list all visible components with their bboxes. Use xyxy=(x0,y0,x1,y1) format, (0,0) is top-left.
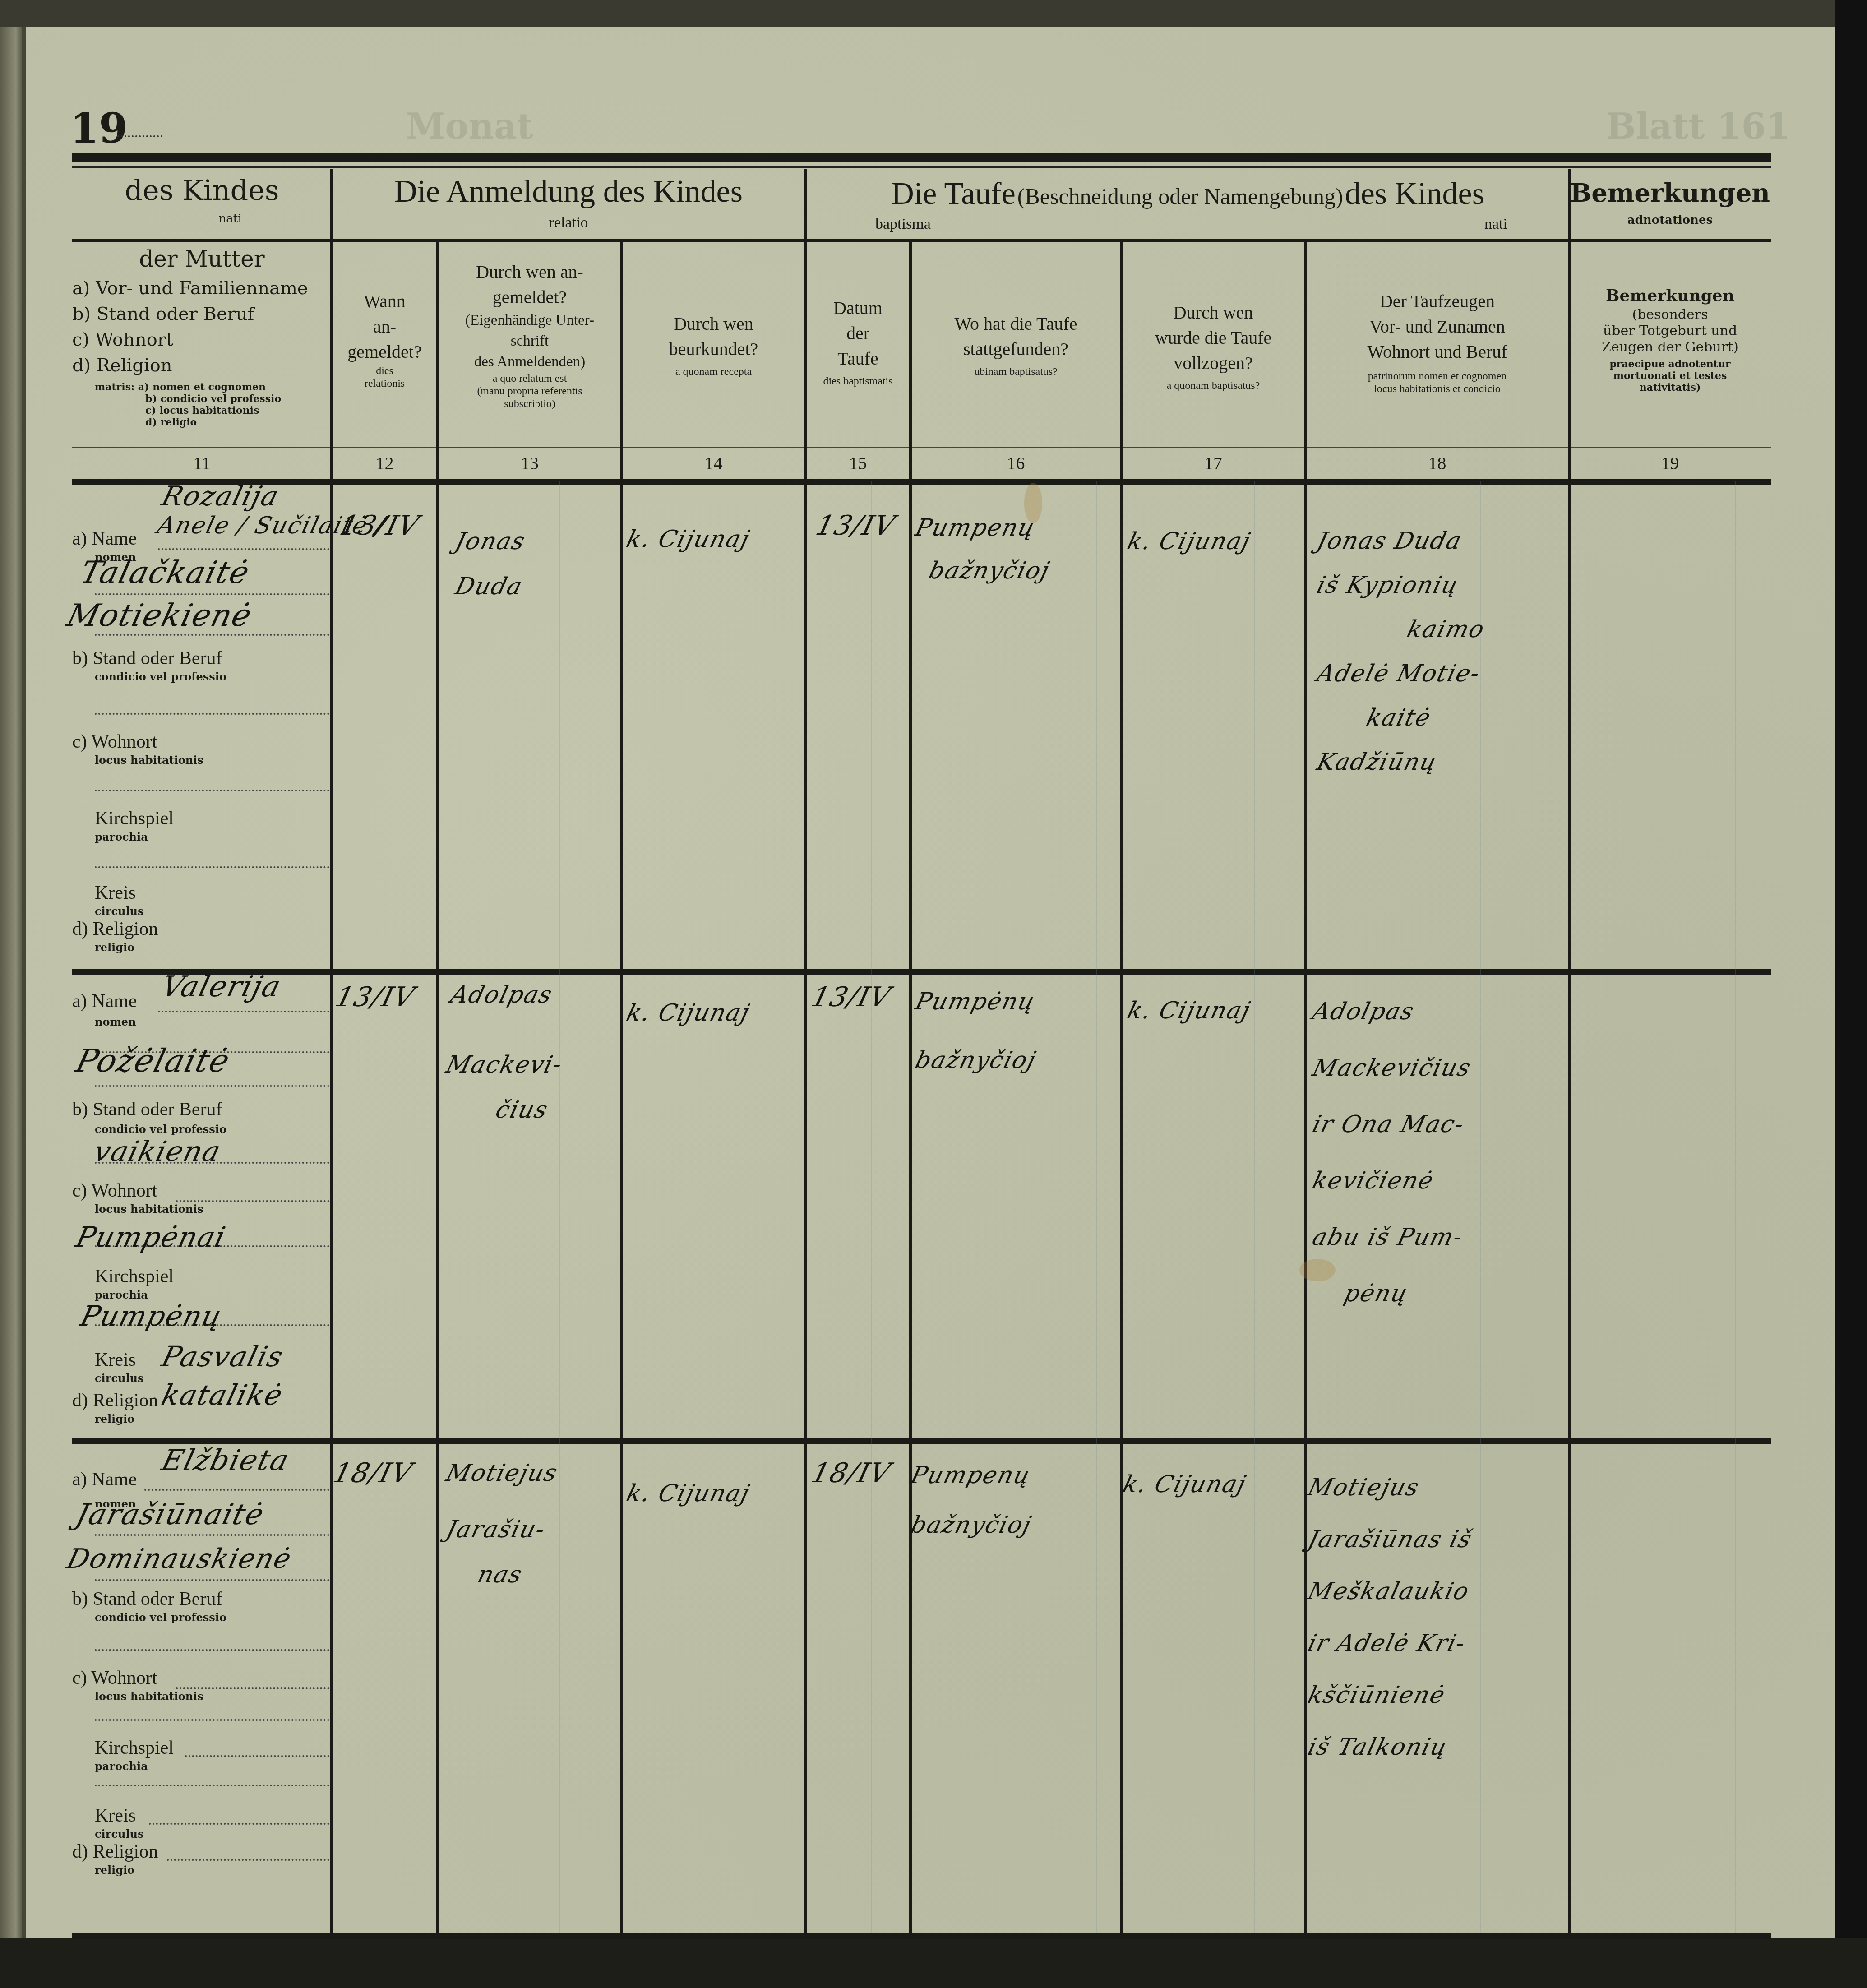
page-number-dots xyxy=(117,135,162,137)
mother-surname: Požėlaitė xyxy=(72,1042,234,1079)
godparents-line-6: iš Talkonių xyxy=(1302,1721,1577,1773)
table-bottom-rule xyxy=(72,1933,1771,1939)
col-line-13-14 xyxy=(620,241,623,1936)
col-12-latin-1: dies xyxy=(332,365,438,377)
registered-by-line-1: Jonas xyxy=(453,528,528,555)
dots xyxy=(95,1085,329,1087)
baptized-by: k. Cijunaj xyxy=(1125,528,1254,555)
label-wohnort-latin: locus habitationis xyxy=(95,1202,203,1216)
guide-line xyxy=(1096,481,1097,1936)
col-11-latin-a: matris: a) nomen et cognomen xyxy=(72,381,332,393)
label-religion-latin: religio xyxy=(95,941,134,954)
number-row-top-line xyxy=(72,447,1771,448)
godparents-line-6: pėnų xyxy=(1306,1266,1572,1322)
label-kirchspiel: Kirchspiel xyxy=(95,1266,174,1287)
col-num-14: 14 xyxy=(622,453,805,474)
col-num-12: 12 xyxy=(332,453,438,474)
record-1-mother: a) Name nomen b) Stand oder Beruf condic… xyxy=(72,485,329,968)
col-line-15-16 xyxy=(909,241,912,1936)
col-12-header: Wann an- gemeldet? dies relationis xyxy=(332,289,438,390)
col-12-latin-2: relationis xyxy=(332,377,438,390)
page-top-edge xyxy=(0,0,1867,27)
page-right-edge xyxy=(1835,0,1867,1988)
godparents-line-1: Adolpas xyxy=(1306,984,1572,1040)
col-line-16-17 xyxy=(1120,241,1123,1936)
col-15-latin-1: dies baptismatis xyxy=(805,375,910,388)
col-13-title-1: Durch wen an- xyxy=(438,259,622,285)
ghost-monat: Monat xyxy=(406,106,533,147)
guide-line xyxy=(1254,481,1255,1936)
col-14-header: Durch wen beurkundet? a quonam recepta xyxy=(622,311,805,378)
label-stand-latin: condicio vel professio xyxy=(95,1123,226,1136)
label-kirchspiel-latin: parochia xyxy=(95,830,148,843)
mother-religion: katalikė xyxy=(158,1378,287,1411)
record-3-godparents: Motiejus Jarašiūnas iš Meškalaukio ir Ad… xyxy=(1308,1462,1570,1773)
label-religion: d) Religion xyxy=(72,1841,158,1863)
dots xyxy=(158,548,329,550)
mother-maiden-name: Jarašiūnaitė xyxy=(73,1498,268,1531)
recorded-by: k. Cijunaj xyxy=(624,999,753,1026)
col-num-15: 15 xyxy=(805,453,910,474)
col-15-title-1: Datum xyxy=(805,296,910,321)
record-2-mother: a) Name nomen b) Stand oder Beruf condic… xyxy=(72,975,329,1439)
col-19-title-3: über Totgeburt und xyxy=(1569,323,1771,339)
godparents-line-3: Meškalaukio xyxy=(1302,1566,1577,1618)
label-kirchspiel: Kirchspiel xyxy=(95,1737,174,1759)
col-15-header: Datum der Taufe dies baptismatis xyxy=(805,296,910,388)
baptism-title-end: des Kindes xyxy=(1345,176,1484,211)
col-19-title-2: (besonders xyxy=(1569,307,1771,323)
col-19-title-1: Bemerkungen xyxy=(1569,284,1771,307)
col-num-17: 17 xyxy=(1121,453,1305,474)
registered-on: 13/IV xyxy=(337,510,423,541)
dots xyxy=(95,1579,329,1581)
group-registration-title: Die Anmeldung des Kindes xyxy=(332,174,805,210)
col-18-header: Der Taufzeugen Vor- und Zunamen Wohnort … xyxy=(1305,289,1569,395)
registered-on: 18/IV xyxy=(330,1457,416,1489)
col-11-latin-b: b) condicio vel professio xyxy=(72,393,332,405)
header-divider xyxy=(72,239,1771,242)
col-13-latin-1: a quo relatum est xyxy=(438,372,622,385)
registered-by-line-3: čius xyxy=(493,1096,551,1123)
col-16-title-2: stattgefunden? xyxy=(910,337,1121,362)
label-religion: d) Religion xyxy=(72,1390,158,1411)
guide-line xyxy=(559,481,560,1936)
record-3-mother: a) Name nomen b) Stand oder Beruf condic… xyxy=(72,1444,329,1936)
col-num-16: 16 xyxy=(910,453,1121,474)
dots xyxy=(95,1534,329,1536)
col-11-item-a: a) Vor- und Familienname xyxy=(72,276,332,301)
group-baptism-title: Die Taufe (Beschneidung oder Namengebung… xyxy=(808,176,1568,212)
group-child-title: des Kindes xyxy=(72,174,332,207)
godparents-line-5: kščiūnienė xyxy=(1302,1669,1577,1721)
remarks-cell xyxy=(1575,1446,1764,1933)
col-19-latin-1: praecipue adnotentur xyxy=(1569,358,1771,370)
godparents-line-6: Kadžiūnų xyxy=(1312,740,1571,784)
registered-by-line-1: Adolpas xyxy=(448,981,556,1008)
registered-by-line-3: nas xyxy=(475,1561,526,1588)
col-17-title-2: wurde die Taufe xyxy=(1121,325,1305,351)
baptism-title-paren: (Beschneidung oder Namengebung) xyxy=(1017,184,1343,209)
col-line-11-12 xyxy=(330,169,333,1936)
godparents-line-5: kaitė xyxy=(1312,696,1571,740)
dots xyxy=(176,1687,329,1689)
col-13-latin-2: (manu propria referentis xyxy=(438,385,622,398)
col-11-item-c: c) Wohnort xyxy=(72,327,332,353)
col-11-header: der Mutter a) Vor- und Familienname b) S… xyxy=(72,246,332,428)
mother-first-name: Valerija xyxy=(158,970,285,1003)
registered-on: 13/IV xyxy=(332,981,418,1013)
col-18-title-3: Wohnort und Beruf xyxy=(1305,339,1569,365)
binding-line xyxy=(22,0,26,1988)
registered-by-line-1: Motiejus xyxy=(444,1460,561,1487)
col-13-title-3: (Eigenhändige Unter- xyxy=(438,310,622,331)
registered-by-line-2: Duda xyxy=(453,573,526,600)
baptism-date: 13/IV xyxy=(808,981,894,1013)
label-name: a) Name xyxy=(72,528,137,550)
label-wohnort-latin: locus habitationis xyxy=(95,754,203,767)
ghost-blatt: Blatt 161 xyxy=(1606,106,1790,147)
recorded-by: k. Cijunaj xyxy=(624,526,753,553)
dots xyxy=(185,1755,329,1757)
col-15-title-3: Taufe xyxy=(805,346,910,371)
label-wohnort: c) Wohnort xyxy=(72,1180,157,1202)
label-kirchspiel-latin: parochia xyxy=(95,1760,148,1773)
godparents-line-3: ir Ona Mac- xyxy=(1306,1096,1572,1153)
recorded-by: k. Cijunaj xyxy=(624,1480,753,1507)
col-num-18: 18 xyxy=(1305,453,1569,474)
label-kreis-latin: circulus xyxy=(95,1827,144,1840)
label-name: a) Name xyxy=(72,990,137,1012)
col-11-item-d: d) Religion xyxy=(72,353,332,379)
col-18-title-2: Vor- und Zunamen xyxy=(1305,314,1569,339)
baptism-place-line-1: Pumpėnų xyxy=(913,988,1038,1015)
page-number: 19 xyxy=(70,104,128,153)
record-2-godparents: Adolpas Mackevičius ir Ona Mac- kevičien… xyxy=(1313,984,1566,1322)
dots xyxy=(95,1649,329,1651)
dots xyxy=(95,593,329,595)
registered-by-line-2: Mackevi- xyxy=(444,1051,565,1078)
godparents-line-1: Jonas Duda xyxy=(1312,519,1571,563)
label-kreis: Kreis xyxy=(95,1805,136,1826)
group-baptism-latin-left: baptisma xyxy=(875,216,931,233)
col-line-12-13 xyxy=(436,241,439,1936)
godparents-line-4: ir Adelė Kri- xyxy=(1302,1618,1577,1669)
col-13-title-5: des Anmeldenden) xyxy=(438,351,622,372)
col-11-item-b: b) Stand oder Beruf xyxy=(72,301,332,327)
col-line-17-18 xyxy=(1304,241,1307,1936)
col-14-title-2: beurkundet? xyxy=(622,337,805,362)
baptized-by: k. Cijunaj xyxy=(1120,1471,1249,1498)
col-11-items: a) Vor- und Familienname b) Stand oder B… xyxy=(72,276,332,379)
label-stand-latin: condicio vel professio xyxy=(95,1611,226,1624)
col-16-latin-1: ubinam baptisatus? xyxy=(910,365,1121,378)
col-17-header: Durch wen wurde die Taufe vollzogen? a q… xyxy=(1121,300,1305,392)
dots xyxy=(95,1785,329,1786)
registered-by-line-2: Jarašiu- xyxy=(444,1516,549,1543)
baptism-place-line-2: bažnyčioj xyxy=(926,557,1053,584)
col-18-latin-2: locus habitationis et condicio xyxy=(1305,383,1569,395)
baptism-place-line-1: Pumpenų xyxy=(908,1462,1034,1489)
label-kirchspiel: Kirchspiel xyxy=(95,808,174,829)
dots xyxy=(95,866,329,868)
baptism-date: 18/IV xyxy=(808,1457,894,1489)
col-num-13: 13 xyxy=(438,453,622,474)
col-18-title-1: Der Taufzeugen xyxy=(1305,289,1569,314)
label-religion-latin: religio xyxy=(95,1412,134,1425)
label-stand: b) Stand oder Beruf xyxy=(72,1588,222,1610)
mother-kirchspiel: Pumpėnų xyxy=(77,1299,226,1332)
baptism-place-line-1: Pumpenų xyxy=(913,514,1038,541)
col-19-latin-2: mortuonati et testes xyxy=(1569,370,1771,382)
mother-wohnort: Pumpėnai xyxy=(73,1221,230,1253)
mother-stand: vaikiena xyxy=(91,1135,225,1168)
record-1-godparents: Jonas Duda iš Kypionių kaimo Adelė Motie… xyxy=(1317,519,1566,784)
col-12-title-2: an- xyxy=(332,314,438,339)
label-wohnort: c) Wohnort xyxy=(72,731,157,753)
group-registration-latin: relatio xyxy=(332,214,805,231)
label-stand: b) Stand oder Beruf xyxy=(72,647,222,669)
mother-married-name: Dominauskienė xyxy=(64,1543,295,1575)
col-11-title: der Mutter xyxy=(72,246,332,272)
godparents-line-3: kaimo xyxy=(1312,607,1571,652)
col-line-14-15 xyxy=(804,169,807,1936)
col-11-latin-d: d) religio xyxy=(72,416,332,428)
col-12-title-1: Wann xyxy=(332,289,438,314)
col-11-latin: matris: a) nomen et cognomen b) condicio… xyxy=(72,381,332,428)
top-rule-thin xyxy=(72,166,1771,168)
col-12-title-3: gemeldet? xyxy=(332,339,438,365)
dots xyxy=(95,713,329,715)
label-wohnort: c) Wohnort xyxy=(72,1667,157,1689)
label-religion: d) Religion xyxy=(72,918,158,940)
col-13-title-4: schrift xyxy=(438,331,622,351)
godparents-line-2: Mackevičius xyxy=(1306,1040,1572,1096)
dots xyxy=(167,1859,329,1861)
dots xyxy=(158,1011,329,1012)
dots xyxy=(95,634,329,636)
col-15-title-2: der xyxy=(805,321,910,346)
dots xyxy=(144,1489,329,1491)
dots xyxy=(95,790,329,791)
dots xyxy=(176,1200,329,1202)
col-14-latin-1: a quonam recepta xyxy=(622,365,805,378)
label-kreis-latin: circulus xyxy=(95,1372,144,1385)
label-name: a) Name xyxy=(72,1469,137,1490)
col-19-latin-3: nativitatis) xyxy=(1569,382,1771,393)
label-kreis: Kreis xyxy=(95,1349,136,1371)
row-divider-0 xyxy=(72,479,1771,485)
baptized-by: k. Cijunaj xyxy=(1125,997,1254,1024)
remarks-cell xyxy=(1575,977,1764,1437)
mother-kreis: Pasvalis xyxy=(158,1340,287,1373)
label-name-latin: nomen xyxy=(95,1015,136,1028)
label-kreis: Kreis xyxy=(95,882,136,904)
dots xyxy=(95,1719,329,1721)
mother-first-name: Elžbieta xyxy=(158,1444,293,1477)
godparents-line-5: abu iš Pum- xyxy=(1306,1209,1572,1266)
baptism-place-line-2: bažnyčioj xyxy=(913,1047,1040,1074)
dots xyxy=(149,1823,329,1825)
col-13-latin-3: subscriptio) xyxy=(438,398,622,410)
col-13-header: Durch wen an- gemeldet? (Eigenhändige Un… xyxy=(438,259,622,410)
label-stand: b) Stand oder Beruf xyxy=(72,1099,222,1120)
label-religion-latin: religio xyxy=(95,1863,134,1877)
baptism-date: 13/IV xyxy=(813,510,899,541)
godparents-line-2: iš Kypionių xyxy=(1312,563,1571,607)
col-11-latin-c: c) locus habitationis xyxy=(72,405,332,416)
col-19-title-4: Zeugen der Geburt) xyxy=(1569,339,1771,356)
guide-line xyxy=(871,481,872,1936)
group-remarks-title: Bemerkungen xyxy=(1569,178,1771,208)
col-16-header: Wo hat die Taufe stattgefunden? ubinam b… xyxy=(910,311,1121,378)
col-17-title-3: vollzogen? xyxy=(1121,351,1305,376)
col-17-title-1: Durch wen xyxy=(1121,300,1305,325)
col-14-title-1: Durch wen xyxy=(622,311,805,337)
col-19-header: Bemerkungen (besonders über Totgeburt un… xyxy=(1569,284,1771,393)
mother-first-name: Rozalija xyxy=(158,481,282,512)
label-kreis-latin: circulus xyxy=(95,905,144,918)
page-bottom-edge xyxy=(0,1938,1867,1988)
row-divider-1 xyxy=(72,969,1771,975)
godparents-line-1: Motiejus xyxy=(1302,1462,1577,1514)
godparents-line-4: Adelė Motie- xyxy=(1312,652,1571,696)
remarks-cell xyxy=(1575,487,1764,966)
col-18-latin-1: patrinorum nomen et cognomen xyxy=(1305,370,1569,383)
col-num-11: 11 xyxy=(72,453,332,474)
col-13-title-2: gemeldet? xyxy=(438,285,622,310)
top-rule-thick xyxy=(72,153,1771,162)
col-num-19: 19 xyxy=(1569,453,1771,474)
godparents-line-2: Jarašiūnas iš xyxy=(1302,1514,1577,1566)
group-remarks-latin: adnotationes xyxy=(1569,213,1771,227)
col-17-latin-1: a quonam baptisatus? xyxy=(1121,379,1305,392)
label-stand-latin: condicio vel professio xyxy=(95,670,226,683)
godparents-line-4: kevičienė xyxy=(1306,1153,1572,1209)
col-16-title-1: Wo hat die Taufe xyxy=(910,311,1121,337)
baptism-place-line-2: bažnyčioj xyxy=(908,1512,1035,1539)
baptism-title-main: Die Taufe xyxy=(891,176,1016,211)
group-baptism-latin-right: nati xyxy=(1484,216,1507,233)
mother-name-line-4: Motiekienė xyxy=(63,598,256,633)
mother-name-line-3: Talačkaitė xyxy=(77,555,254,591)
label-wohnort-latin: locus habitationis xyxy=(95,1690,203,1703)
